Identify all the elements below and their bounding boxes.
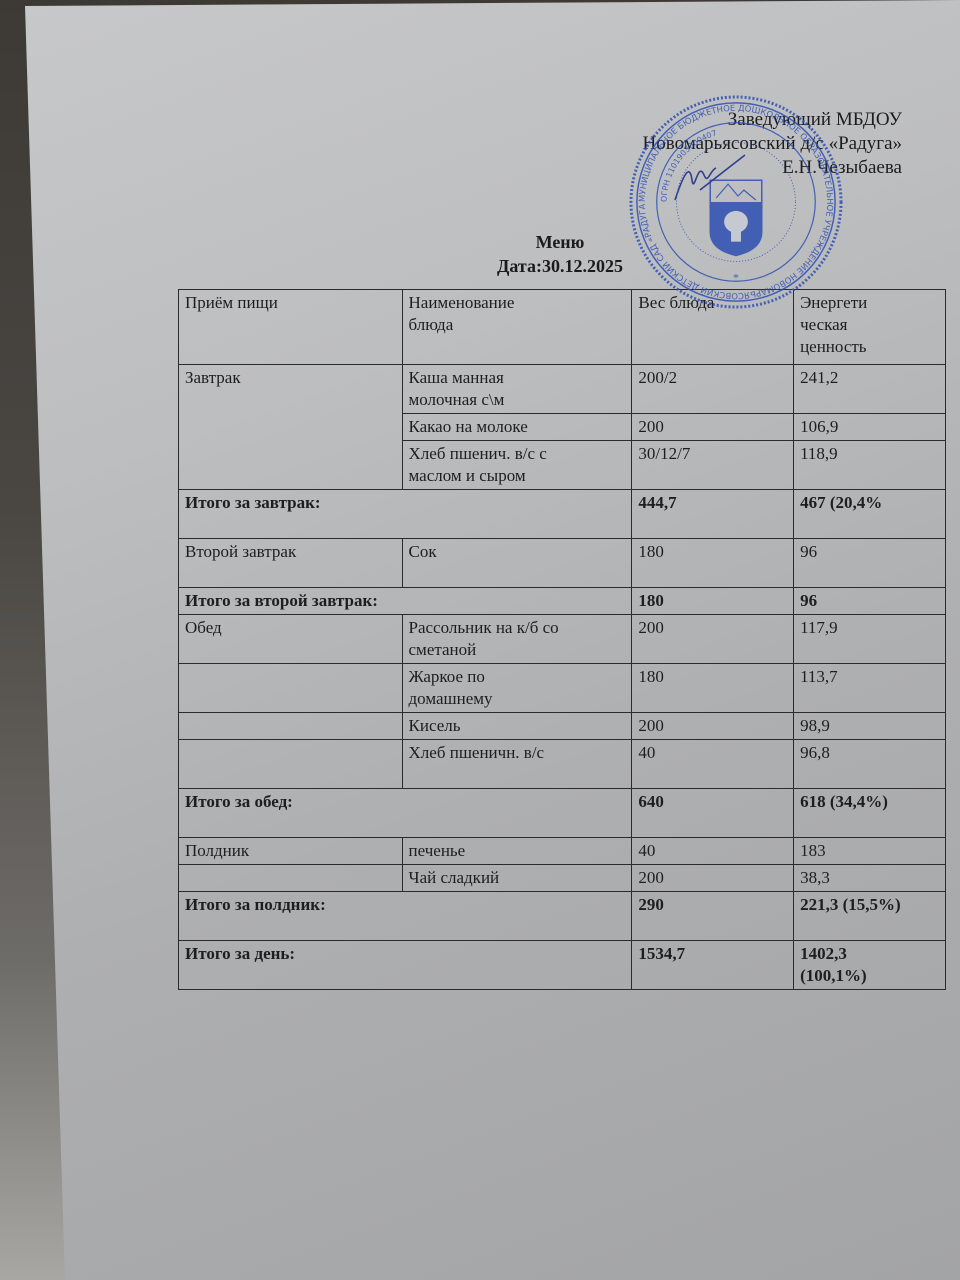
dish-weight: 200 — [632, 414, 794, 441]
meal-name — [179, 713, 403, 740]
dish-energy: 106,9 — [794, 414, 946, 441]
header-weight: Вес блюда — [632, 290, 794, 365]
total-weight: 1534,7 — [632, 941, 794, 990]
dish-name: печенье — [402, 838, 632, 865]
meal-name — [179, 865, 403, 892]
total-label: Итого за второй завтрак: — [179, 588, 632, 615]
dish-weight: 180 — [632, 664, 794, 713]
dish-energy: 241,2 — [794, 365, 946, 414]
dish-weight: 30/12/7 — [632, 441, 794, 490]
page-title: Меню — [440, 230, 680, 254]
table-row: ЗавтракКаша манная молочная с\м200/2241,… — [179, 365, 946, 414]
dish-name: Каша манная молочная с\м — [402, 365, 632, 414]
meal-name — [179, 664, 403, 713]
total-weight: 444,7 — [632, 490, 794, 539]
dish-energy: 96,8 — [794, 740, 946, 789]
dish-name: Чай сладкий — [402, 865, 632, 892]
table-row: ОбедРассольник на к/б со сметаной200117,… — [179, 615, 946, 664]
dish-weight: 40 — [632, 838, 794, 865]
table-total-row: Итого за полдник:290221,3 (15,5%) — [179, 892, 946, 941]
total-energy: 1402,3 (100,1%) — [794, 941, 946, 990]
meal-name: Второй завтрак — [179, 539, 403, 588]
dish-energy: 113,7 — [794, 664, 946, 713]
dish-weight: 200 — [632, 713, 794, 740]
total-weight: 290 — [632, 892, 794, 941]
dish-energy: 96 — [794, 539, 946, 588]
table-row: Второй завтракСок18096 — [179, 539, 946, 588]
table-total-row: Итого за второй завтрак:18096 — [179, 588, 946, 615]
table-total-row: Итого за день:1534,71402,3 (100,1%) — [179, 941, 946, 990]
total-label: Итого за день: — [179, 941, 632, 990]
total-energy: 467 (20,4% — [794, 490, 946, 539]
meal-name — [179, 740, 403, 789]
meal-name: Полдник — [179, 838, 403, 865]
meal-name: Завтрак — [179, 365, 403, 490]
total-label: Итого за обед: — [179, 789, 632, 838]
dish-name: Хлеб пшеничн. в/с — [402, 740, 632, 789]
table-row: Чай сладкий20038,3 — [179, 865, 946, 892]
table-row: Хлеб пшеничн. в/с4096,8 — [179, 740, 946, 789]
dish-energy: 98,9 — [794, 713, 946, 740]
approval-position: Заведующий МБДОУ — [643, 108, 903, 132]
header-energy: Энергети ческая ценность — [794, 290, 946, 365]
dish-energy: 183 — [794, 838, 946, 865]
dish-weight: 200/2 — [632, 365, 794, 414]
dish-name: Рассольник на к/б со сметаной — [402, 615, 632, 664]
table-header-row: Приём пищи Наименование блюда Вес блюда … — [179, 290, 946, 365]
table-row: Полдникпеченье40183 — [179, 838, 946, 865]
dish-energy: 38,3 — [794, 865, 946, 892]
dish-name: Сок — [402, 539, 632, 588]
dish-weight: 180 — [632, 539, 794, 588]
title-block: Меню Дата:30.12.2025 — [440, 230, 680, 278]
dish-weight: 40 — [632, 740, 794, 789]
meal-name: Обед — [179, 615, 403, 664]
total-weight: 640 — [632, 789, 794, 838]
dish-weight: 200 — [632, 865, 794, 892]
table-total-row: Итого за обед:640618 (34,4%) — [179, 789, 946, 838]
signature-icon — [670, 150, 760, 210]
table-row: Жаркое по домашнему180113,7 — [179, 664, 946, 713]
table-total-row: Итого за завтрак:444,7467 (20,4% — [179, 490, 946, 539]
menu-date: Дата:30.12.2025 — [440, 254, 680, 278]
total-energy: 96 — [794, 588, 946, 615]
total-label: Итого за завтрак: — [179, 490, 632, 539]
dish-name: Хлеб пшенич. в/с с маслом и сыром — [402, 441, 632, 490]
menu-table: Приём пищи Наименование блюда Вес блюда … — [178, 289, 946, 990]
dish-weight: 200 — [632, 615, 794, 664]
total-weight: 180 — [632, 588, 794, 615]
table-row: Кисель20098,9 — [179, 713, 946, 740]
dish-name: Жаркое по домашнему — [402, 664, 632, 713]
header-dish: Наименование блюда — [402, 290, 632, 365]
header-meal: Приём пищи — [179, 290, 403, 365]
total-label: Итого за полдник: — [179, 892, 632, 941]
dish-name: Кисель — [402, 713, 632, 740]
dish-name: Какао на молоке — [402, 414, 632, 441]
dish-energy: 118,9 — [794, 441, 946, 490]
total-energy: 618 (34,4%) — [794, 789, 946, 838]
dish-energy: 117,9 — [794, 615, 946, 664]
total-energy: 221,3 (15,5%) — [794, 892, 946, 941]
